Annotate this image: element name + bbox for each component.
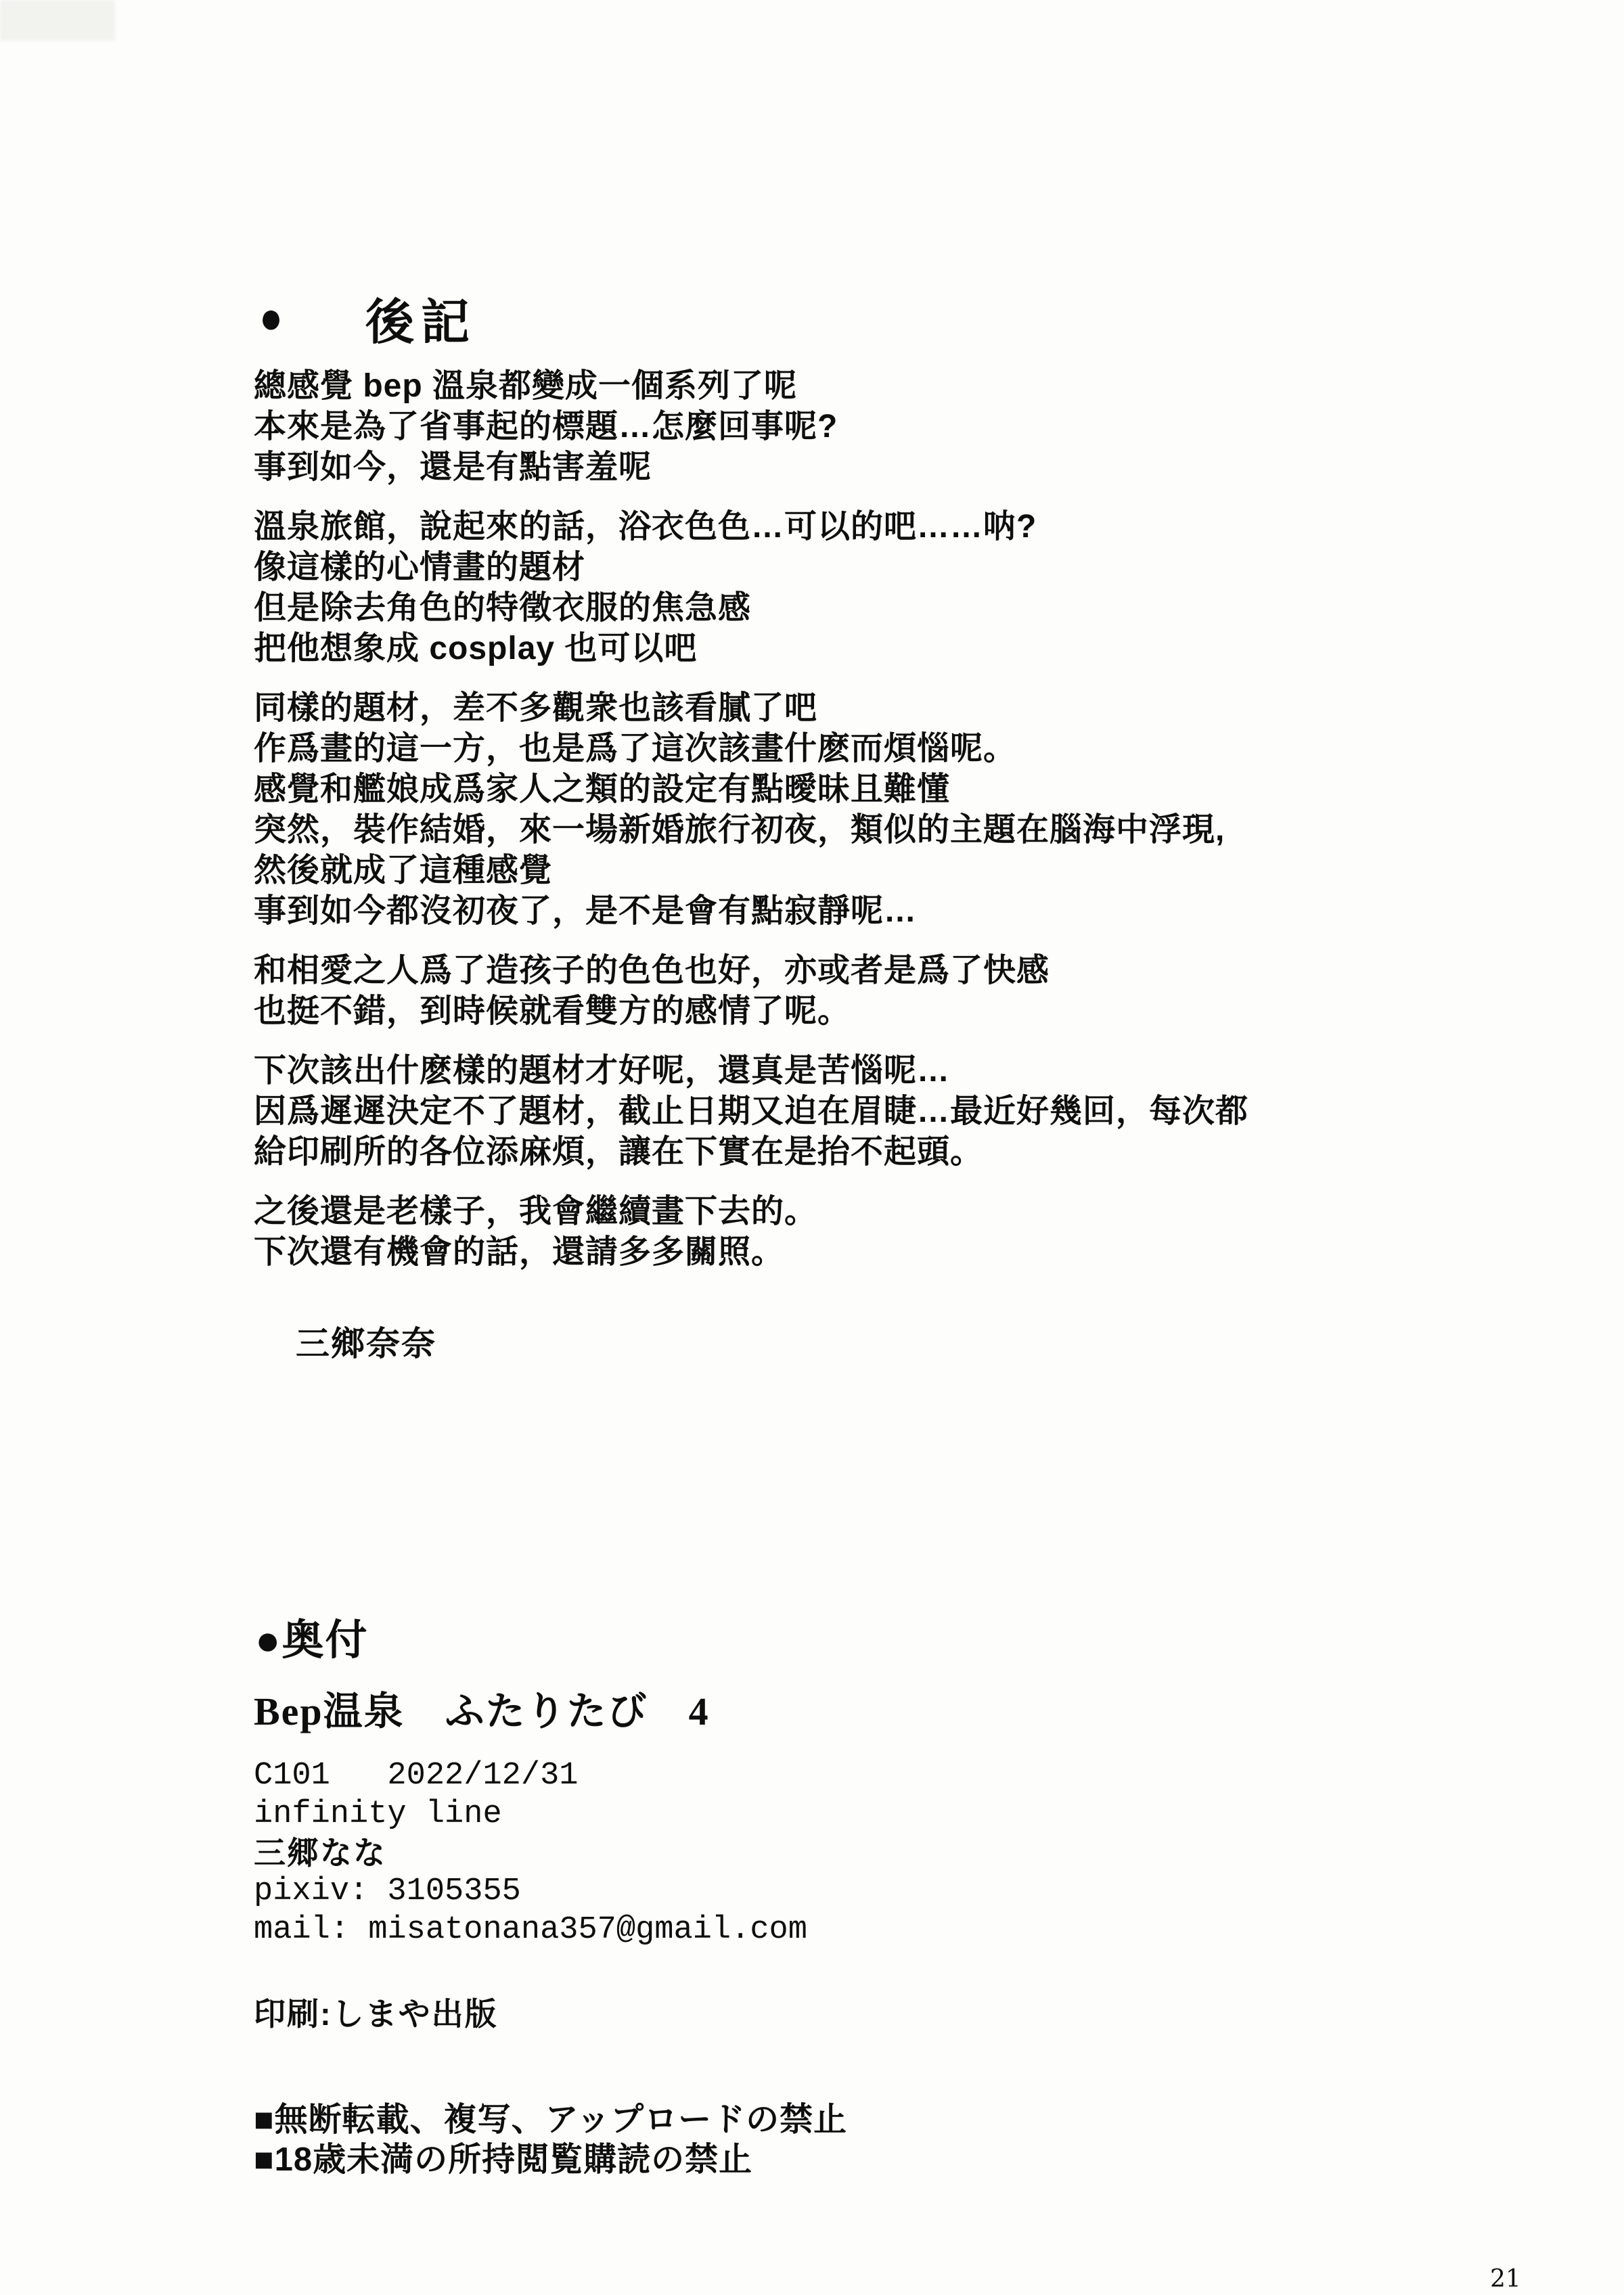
afterword-paragraph-2: 溫泉旅館，說起來的話，浴衣色色…可以的吧……呐? 像這樣的心情畫的題材 但是除去… [254,507,1445,669]
page-number: 21 [1490,2265,1521,2293]
afterword-title-text: 後記 [365,283,476,353]
colophon-info-block: C101 2022/12/31 infinity line 三郷なな pixiv… [254,1756,1201,1949]
colophon-notices: ■無断転載、複写、アップロードの禁止 ■18歳未満の所持閲覧購読の禁止 [254,2100,1269,2180]
colophon-book-title: Bep温泉 ふたりたび 4 [254,1679,710,1736]
bullet-icon: ● [259,296,283,341]
afterword-paragraph-6: 之後還是老樣子，我會繼續畫下去的。 下次還有機會的話，還請多多關照。 [254,1191,1445,1273]
afterword-signature: 三鄉奈奈 [296,1317,436,1365]
afterword-paragraph-4: 和相愛之人爲了造孩子的色色也好，亦或者是爲了快感 也挺不錯，到時候就看雙方的感情… [254,951,1445,1032]
colophon-printer: 印刷:しまや出版 [254,1989,498,2035]
notice-adults-only: ■18歳未満の所持閲覧購読の禁止 [254,2140,1269,2180]
colophon-mail-address: mail: misatonana357@gmail.com [254,1911,1201,1949]
scanned-afterword-page: ● 後記 總感覺 bep 溫泉都變成一個系列了呢 本來是為了省事起的標題…怎麼回… [0,0,1624,2295]
colophon-section-title: ●奥付 [255,1606,368,1666]
colophon-circle-name: infinity line [254,1795,1201,1834]
scan-artifact [0,0,115,41]
afterword-paragraph-5: 下次該出什麽樣的題材才好呢，還真是苦惱呢… 因爲遲遲決定不了題材，截止日期又迫在… [254,1051,1445,1173]
afterword-paragraph-3: 同樣的題材，差不多觀衆也該看膩了吧 作爲畫的這一方，也是爲了這次該畫什麽而煩惱呢… [254,688,1445,932]
colophon-event-date: C101 2022/12/31 [254,1756,1201,1795]
colophon-author-name: 三郷なな [254,1834,1201,1872]
colophon-pixiv-id: pixiv: 3105355 [254,1872,1201,1911]
afterword-paragraph-1: 總感覺 bep 溫泉都變成一個系列了呢 本來是為了省事起的標題…怎麼回事呢? 事… [254,366,1445,488]
afterword-body: 總感覺 bep 溫泉都變成一個系列了呢 本來是為了省事起的標題…怎麼回事呢? 事… [254,366,1445,1292]
notice-no-reupload: ■無断転載、複写、アップロードの禁止 [254,2100,1269,2140]
afterword-title: ● 後記 [259,290,476,346]
